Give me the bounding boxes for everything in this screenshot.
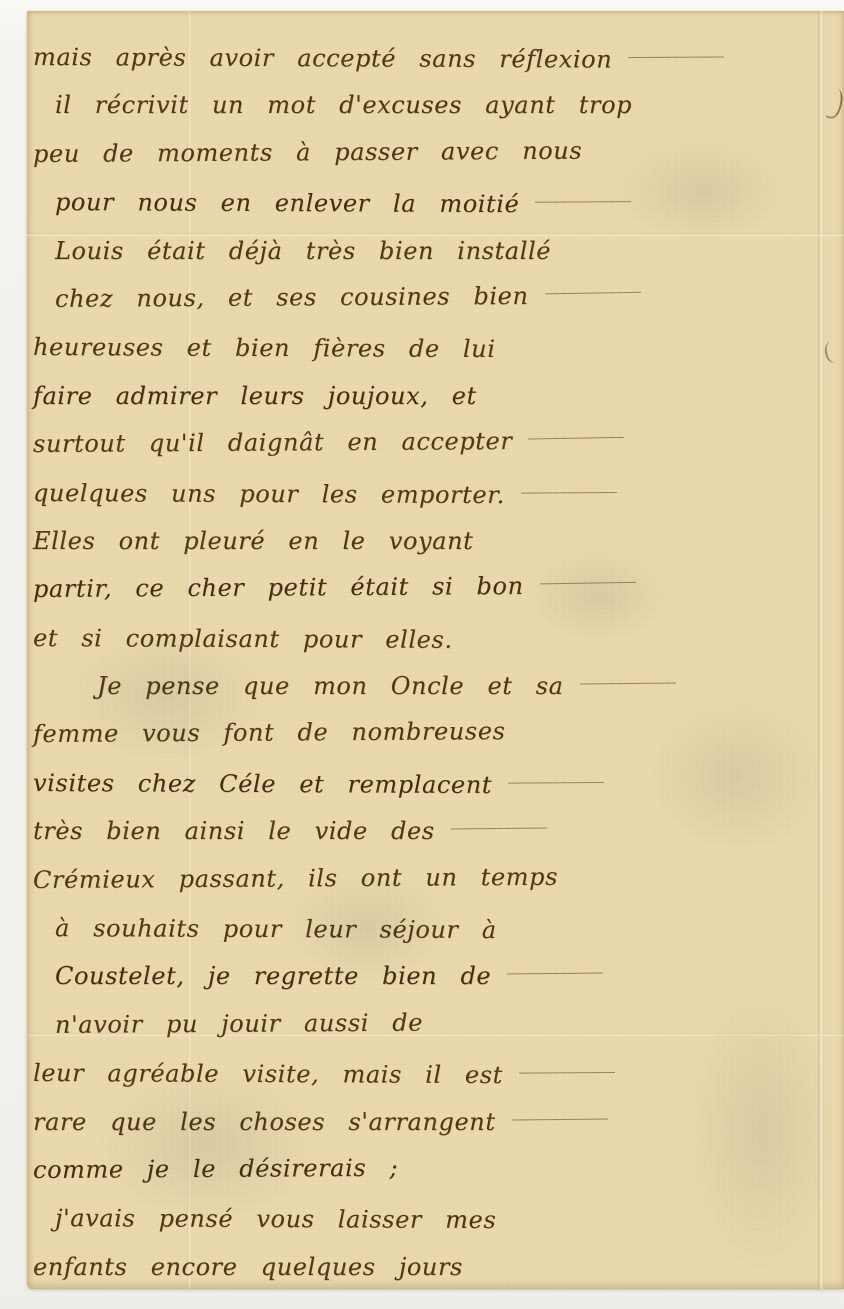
handwritten-line: visites chez Céle et remplacent [33,759,823,811]
adjacent-page-ink-mark [823,340,843,365]
handwritten-line: rare que les choses s'arrangent [33,1098,823,1146]
handwritten-line: Louis était déjà très bien installé [33,227,823,275]
handwritten-line: n'avoir pu jouir aussi de [33,996,823,1049]
letter-body: mais après avoir accepté sans réflexioni… [33,33,823,1291]
adjacent-page-ink-mark [825,88,844,120]
handwritten-line: mais après avoir accepté sans réflexion [33,33,823,85]
handwritten-line: heureuses et bien fières de lui [33,323,823,375]
handwritten-line: enfants encore quelques jours [33,1243,823,1291]
handwritten-line: et si complaisant pour elles. [33,614,823,666]
handwritten-line: surtout qu'il daignât en accepter [33,415,823,468]
handwritten-line: Je pense que mon Oncle et sa [33,662,823,710]
handwritten-line: peu de moments à passer avec nous [33,125,823,178]
handwritten-line: j'avais pensé vous laisser mes [33,1194,823,1246]
handwritten-line: leur agréable visite, mais il est [33,1049,823,1101]
handwritten-line: très bien ainsi le vide des [33,807,823,855]
letter-page: mais après avoir accepté sans réflexioni… [27,11,844,1289]
handwritten-line: partir, ce cher petit était si bon [33,560,823,613]
scanned-letter-canvas: mais après avoir accepté sans réflexioni… [0,0,844,1309]
handwritten-line: femme vous font de nombreuses [33,706,823,759]
handwritten-line: Elles ont pleuré en le voyant [33,517,823,565]
handwritten-line: Coustelet, je regrette bien de [33,952,823,1000]
handwritten-line: il récrivit un mot d'excuses ayant trop [33,81,823,129]
handwritten-line: Crémieux passant, ils ont un temps [33,851,823,904]
handwritten-line: chez nous, et ses cousines bien [33,270,823,323]
handwritten-line: quelques uns pour les emporter. [33,469,823,521]
handwritten-line: pour nous en enlever la moitié [33,178,823,230]
handwritten-line: faire admirer leurs joujoux, et [33,372,823,420]
handwritten-line: comme je le désirerais ; [33,1141,823,1194]
handwritten-line: à souhaits pour leur séjour à [33,904,823,956]
